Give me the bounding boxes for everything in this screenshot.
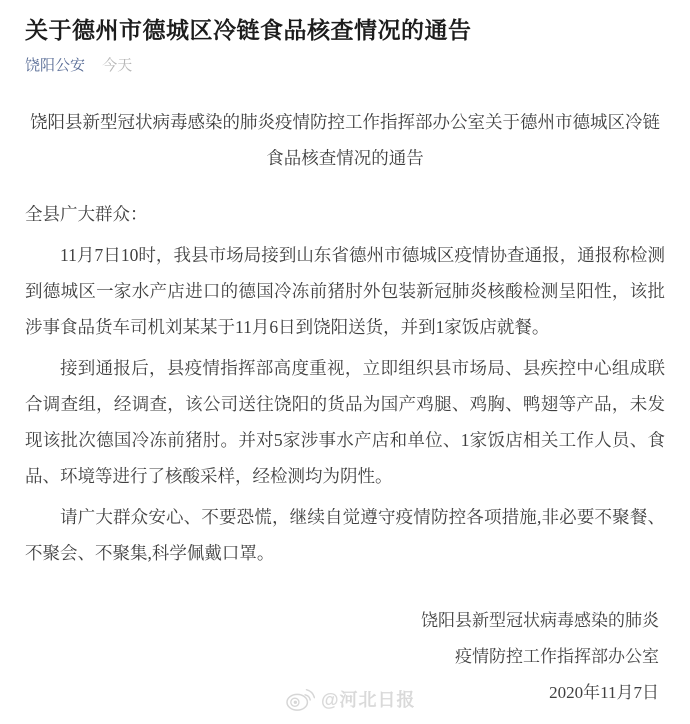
article-body: 全县广大群众： 11月7日10时，我县市场局接到山东省德州市德城区疫情协查通报，… [25, 196, 665, 571]
document-heading-line2: 食品核查情况的通告 [25, 140, 665, 176]
signature-line1: 饶阳县新型冠状病毒感染的肺炎 [25, 603, 659, 639]
watermark: @河北日报 [285, 686, 416, 712]
salutation: 全县广大群众： [25, 196, 665, 232]
article-page: 关于德州市德城区冷链食品核查情况的通告 饶阳公安 今天 饶阳县新型冠状病毒感染的… [0, 0, 690, 724]
byline: 饶阳公安 今天 [25, 55, 665, 76]
account-name-link[interactable]: 饶阳公安 [25, 57, 85, 74]
document-heading: 饶阳县新型冠状病毒感染的肺炎疫情防控工作指挥部办公室关于德州市德城区冷链 食品核… [25, 104, 665, 176]
signature-line2: 疫情防控工作指挥部办公室 [25, 639, 659, 675]
article-title: 关于德州市德城区冷链食品核查情况的通告 [25, 14, 665, 46]
paragraph: 接到通报后，县疫情指挥部高度重视，立即组织县市场局、县疾控中心组成联合调查组，经… [25, 350, 665, 494]
watermark-text: @河北日报 [321, 686, 416, 712]
document-heading-line1: 饶阳县新型冠状病毒感染的肺炎疫情防控工作指挥部办公室关于德州市德城区冷链 [25, 104, 665, 140]
paragraph: 11月7日10时，我县市场局接到山东省德州市德城区疫情协查通报，通报称检测到德城… [25, 237, 665, 345]
publish-time: 今天 [102, 57, 132, 74]
paragraph: 请广大群众安心、不要恐慌，继续自觉遵守疫情防控各项措施,非必要不聚餐、不聚会、不… [25, 499, 665, 571]
weibo-icon [285, 686, 315, 712]
